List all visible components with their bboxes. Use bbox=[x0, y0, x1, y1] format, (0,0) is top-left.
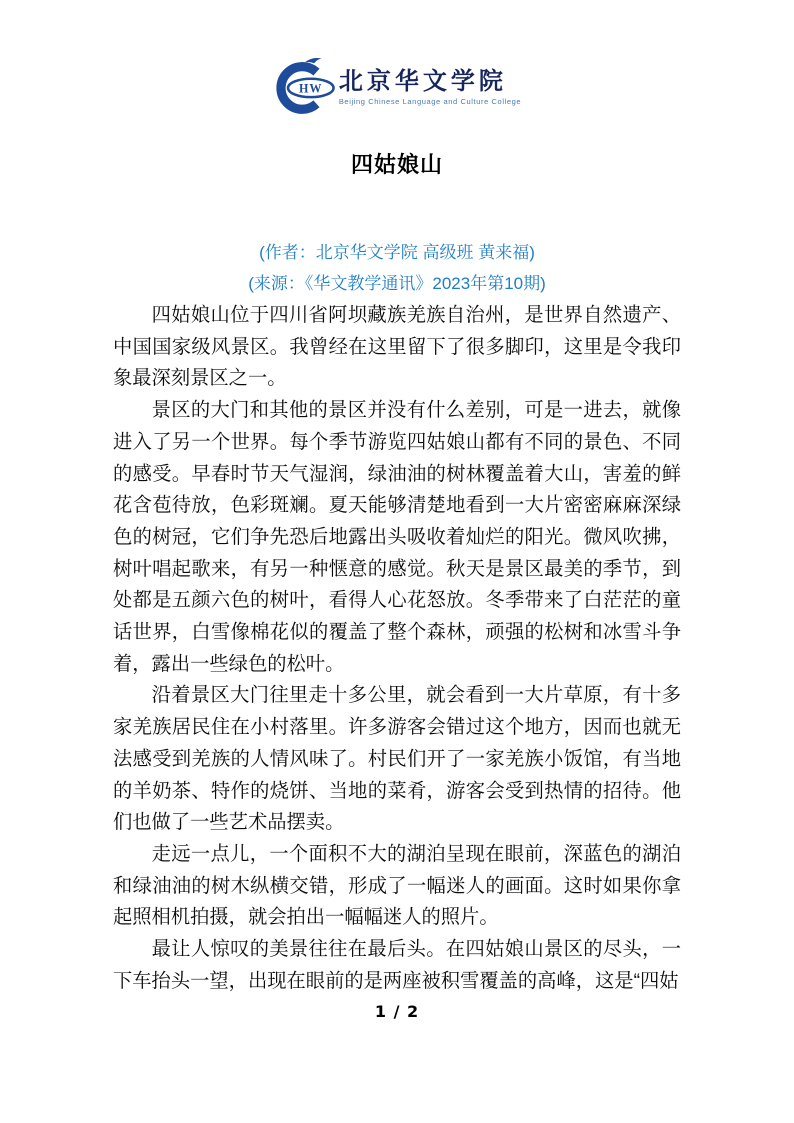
logo-monogram: HW bbox=[299, 81, 322, 95]
paragraph: 四姑娘山位于四川省阿坝藏族羌族自治州，是世界自然遗产、中国国家级风景区。我曾经在… bbox=[113, 300, 681, 395]
college-name-cn: 北京华文学院 bbox=[339, 68, 521, 94]
college-logo-icon: HW bbox=[273, 56, 335, 118]
paragraph: 沿着景区大门往里走十多公里，就会看到一大片草原，有十多家羌族居民住在小村落里。许… bbox=[113, 680, 681, 839]
article-source: (来源：《华文教学通讯》2023年第10期) bbox=[0, 268, 794, 299]
paragraph: 走远一点儿，一个面积不大的湖泊呈现在眼前，深蓝色的湖泊和绿油油的树木纵横交错，形… bbox=[113, 839, 681, 934]
paragraph: 景区的大门和其他的景区并没有什么差别，可是一进去，就像进入了另一个世界。每个季节… bbox=[113, 395, 681, 680]
page-number: 1 / 2 bbox=[0, 1002, 794, 1021]
college-logo: HW 北京华文学院 Beijing Chinese Language and C… bbox=[273, 56, 521, 118]
paragraph: 最让人惊叹的美景往往在最后头。在四姑娘山景区的尽头，一下车抬头一望，出现在眼前的… bbox=[113, 934, 681, 997]
college-logo-text: 北京华文学院 Beijing Chinese Language and Cult… bbox=[339, 68, 521, 105]
document-page: HW 北京华文学院 Beijing Chinese Language and C… bbox=[0, 0, 794, 1123]
college-name-en: Beijing Chinese Language and Culture Col… bbox=[339, 97, 521, 106]
article-title: 四姑娘山 bbox=[0, 148, 794, 179]
article-body: 四姑娘山位于四川省阿坝藏族羌族自治州，是世界自然遗产、中国国家级风景区。我曾经在… bbox=[113, 300, 681, 997]
letterhead: HW 北京华文学院 Beijing Chinese Language and C… bbox=[0, 0, 794, 118]
byline-block: (作者：北京华文学院 高级班 黄来福) (来源：《华文教学通讯》2023年第10… bbox=[0, 237, 794, 299]
logo-flourish-icon bbox=[305, 58, 321, 63]
article-byline: (作者：北京华文学院 高级班 黄来福) bbox=[0, 237, 794, 268]
